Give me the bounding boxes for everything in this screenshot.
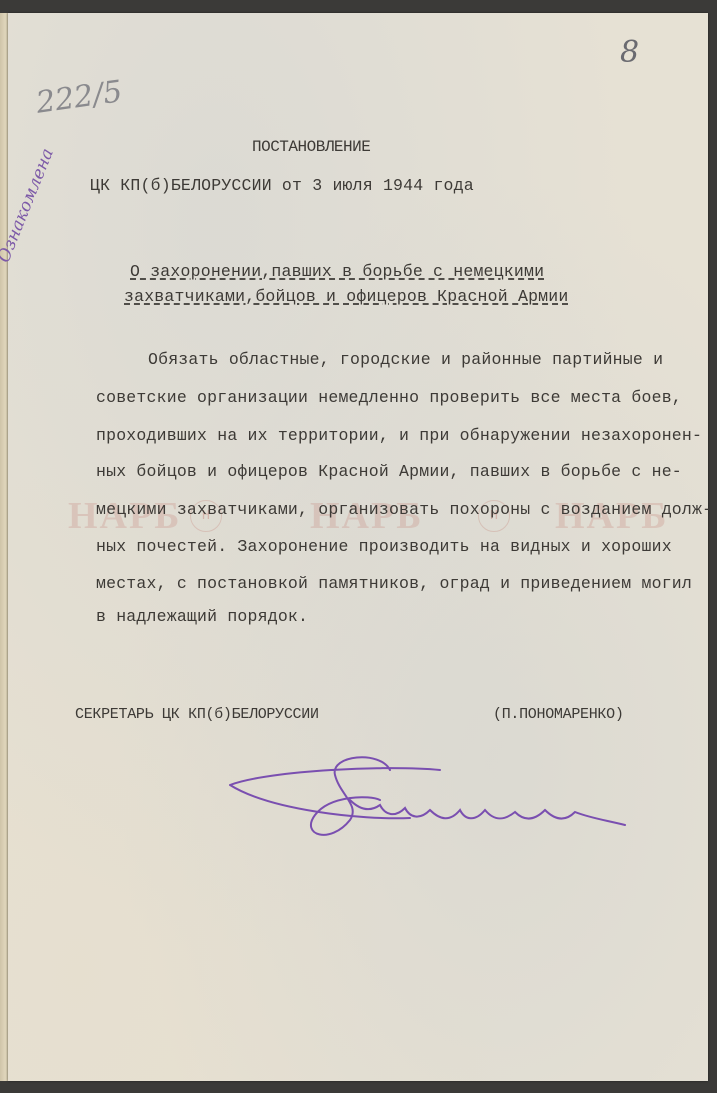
signatory-name: (П.ПОНОМАРЕНКО) (493, 706, 624, 723)
body-line: советские организации немедленно провери… (96, 388, 682, 407)
body-line: Обязать областные, городские и районные … (148, 350, 663, 369)
body-line: ных почестей. Захоронение производить на… (96, 537, 672, 556)
body-line: ных бойцов и офицеров Красной Армии, пав… (96, 462, 682, 481)
body-line: местах, с постановкой памятников, оград … (96, 574, 692, 593)
subject-line: захватчиками,бойцов и офицеров Красной А… (124, 287, 568, 306)
document-subtitle: ЦК КП(б)БЕЛОРУССИИ от 3 июля 1944 года (90, 176, 474, 195)
body-line: в надлежащий порядок. (96, 607, 308, 626)
body-line: проходивших на их территории, и при обна… (96, 426, 702, 445)
body-line: мецкими захватчиками, организовать похор… (96, 500, 712, 519)
signature-icon (210, 740, 640, 850)
page-number: 8 (620, 35, 639, 70)
document-title: ПОСТАНОВЛЕНИЕ (252, 138, 370, 156)
subject-line: О захоронении,павших в борьбе с немецким… (130, 262, 544, 281)
signatory-title: СЕКРЕТАРЬ ЦК КП(б)БЕЛОРУССИИ (75, 706, 319, 723)
